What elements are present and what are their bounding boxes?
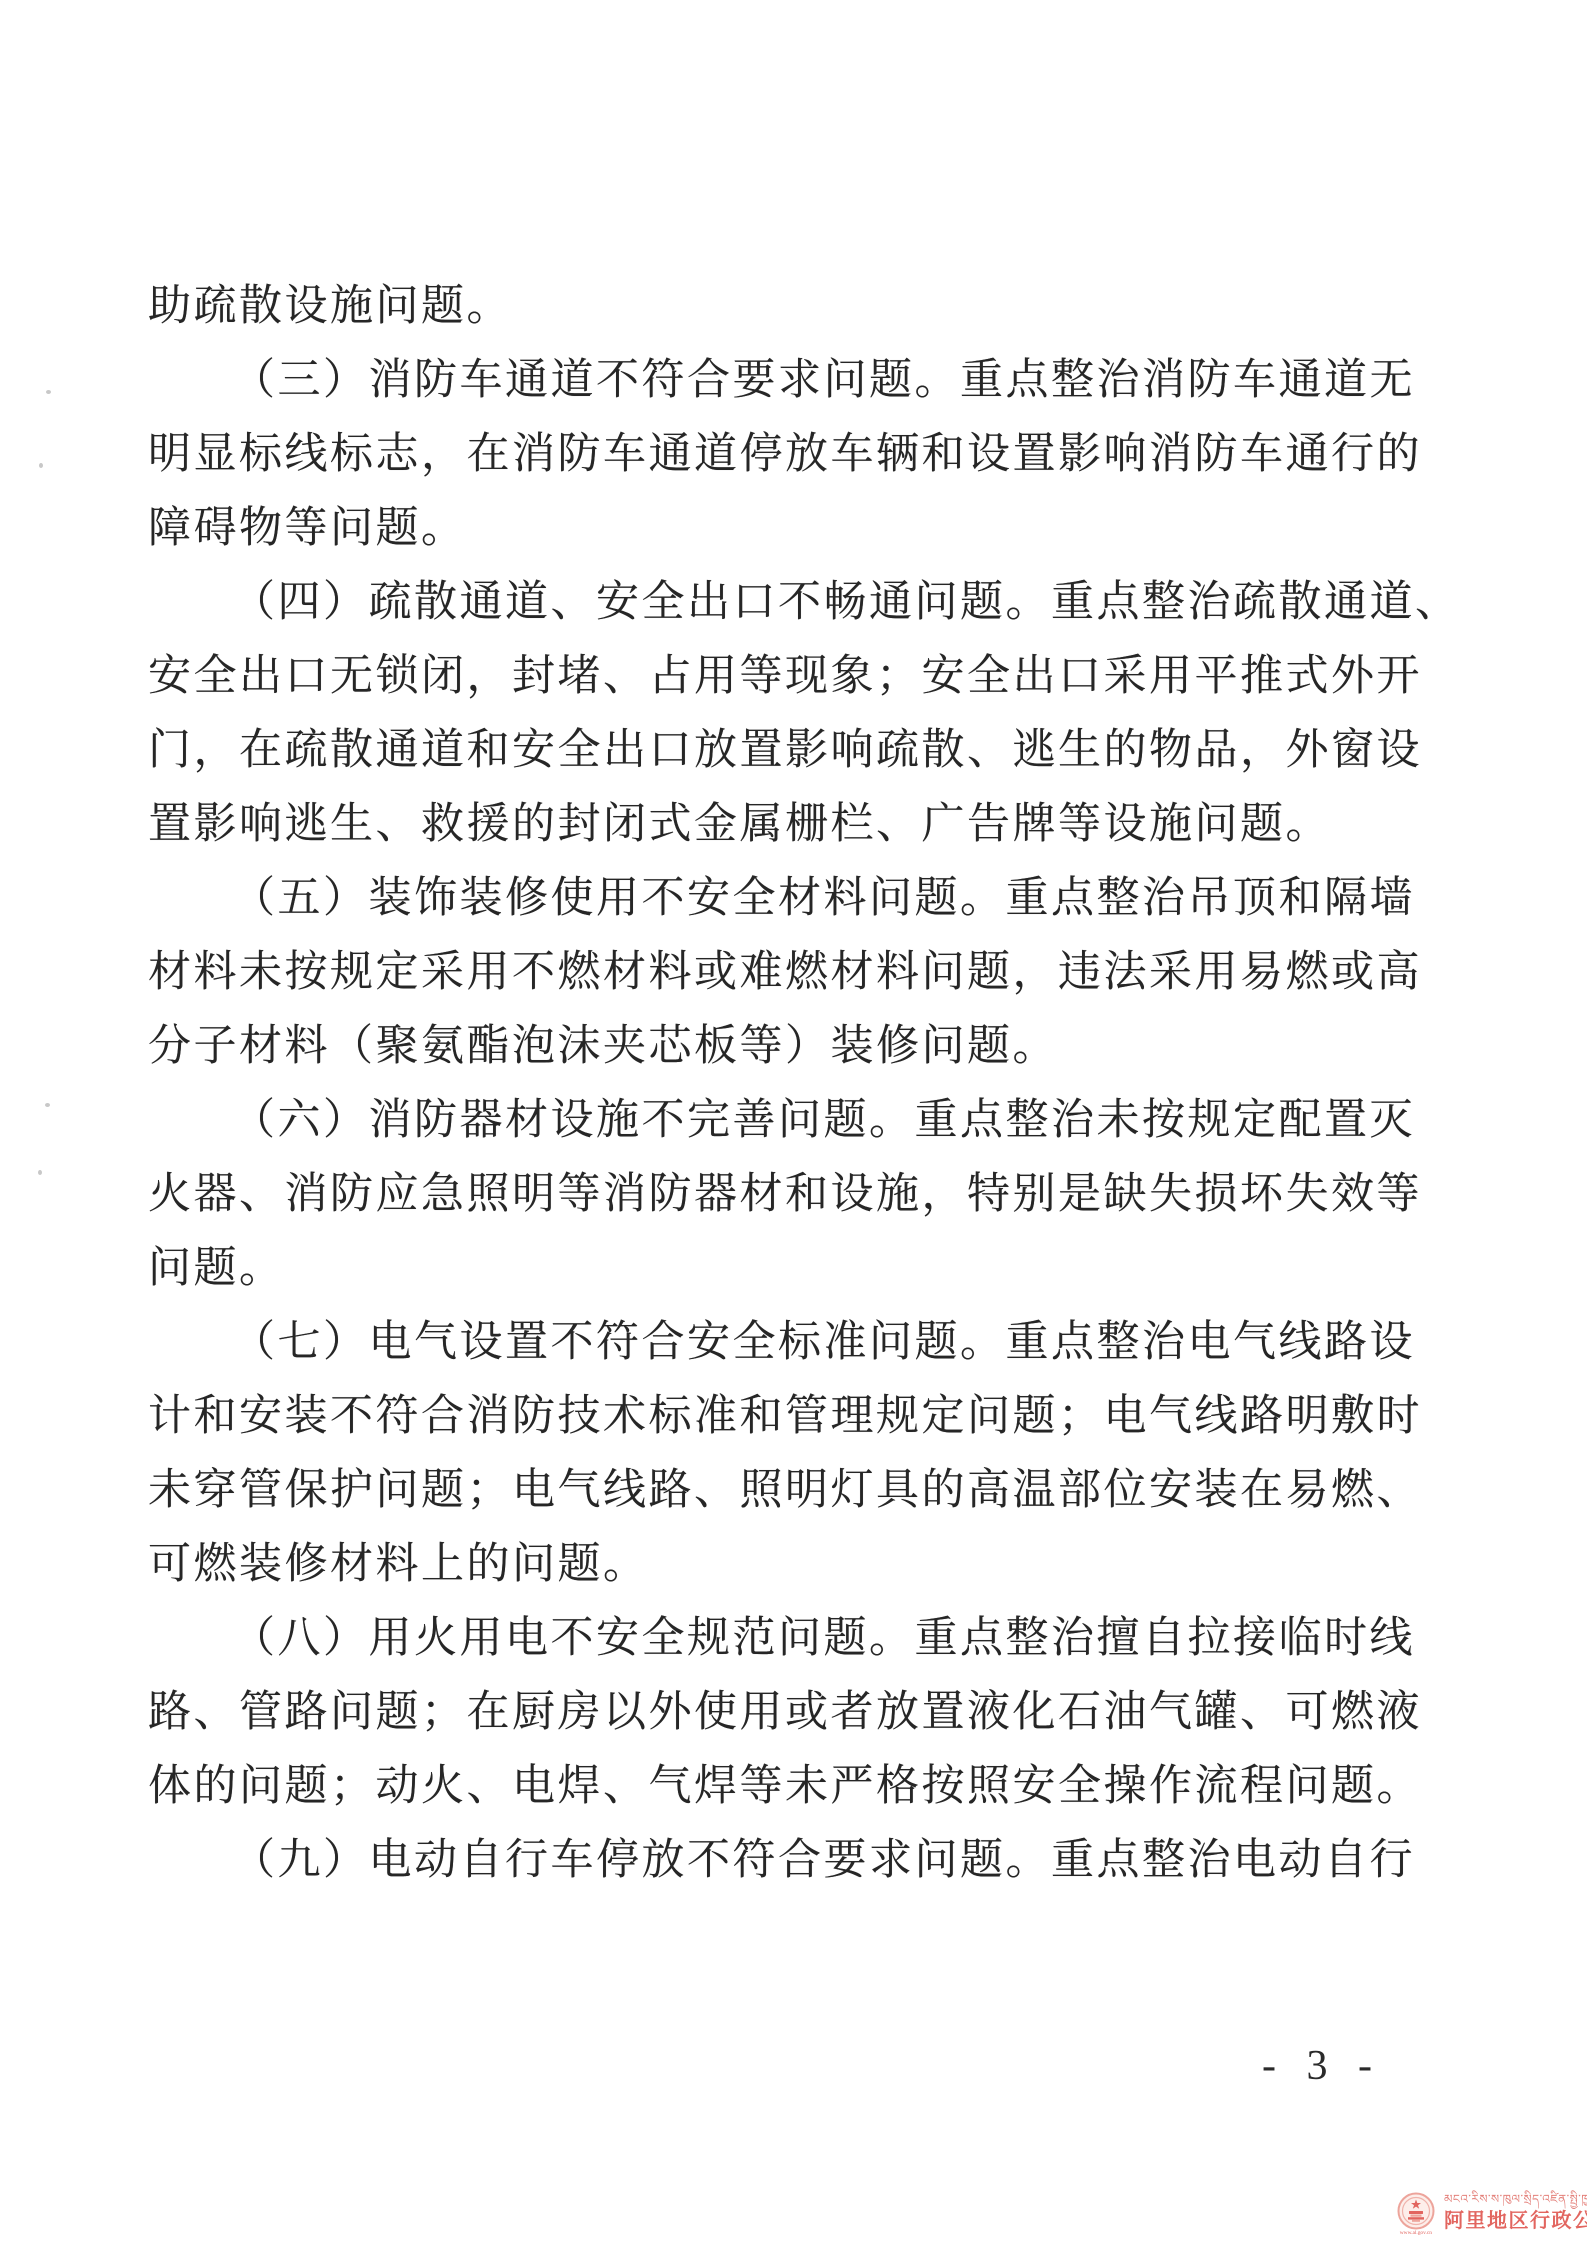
text-line: 未穿管保护问题；电气线路、照明灯具的高温部位安装在易燃、 xyxy=(148,1454,1373,1528)
text-line: 置影响逃生、救援的封闭式金属栅栏、广告牌等设施问题。 xyxy=(148,788,1373,862)
text-line: （四）疏散通道、安全出口不畅通问题。重点整治疏散通道、 xyxy=(148,566,1373,640)
text-line: 助疏散设施问题。 xyxy=(148,270,1373,344)
scan-speck xyxy=(39,463,43,468)
text-line: （八）用火用电不安全规范问题。重点整治擅自拉接临时线 xyxy=(148,1602,1373,1676)
text-line: 明显标线标志，在消防车通道停放车辆和设置影响消防车通行的 xyxy=(148,418,1373,492)
document-lines: 助疏散设施问题。（三）消防车通道不符合要求问题。重点整治消防车通道无明显标线标志… xyxy=(148,270,1373,1898)
scan-speck xyxy=(45,1103,50,1107)
text-line: （三）消防车通道不符合要求问题。重点整治消防车通道无 xyxy=(148,344,1373,418)
text-line: 问题。 xyxy=(148,1232,1373,1306)
page-number: - 3 - xyxy=(1252,2042,1392,2090)
text-line: （六）消防器材设施不完善问题。重点整治未按规定配置灭 xyxy=(148,1084,1373,1158)
watermark-agency-name: 阿里地区行政公署 xyxy=(1444,2209,1587,2233)
text-line: 门，在疏散通道和安全出口放置影响疏散、逃生的物品，外窗设 xyxy=(148,714,1373,788)
watermark-tibetan-text: མངའ་རིས་ས་ཁུལ་སྲིད་འཛིན་སྤྱི་ཁྱབ་ཁང་། xyxy=(1444,2192,1587,2207)
text-line: （五）装饰装修使用不安全材料问题。重点整治吊顶和隔墙 xyxy=(148,862,1373,936)
watermark-texts: མངའ་རིས་ས་ཁུལ་སྲིད་འཛིན་སྤྱི་ཁྱབ་ཁང་། 阿里… xyxy=(1444,2192,1587,2233)
watermark-url: www.al.gov.cn xyxy=(1400,2230,1432,2236)
agency-watermark: www.al.gov.cn མངའ་རིས་ས་ཁུལ་སྲིད་འཛིན་སྤ… xyxy=(1394,2192,1587,2244)
text-line: 安全出口无锁闭，封堵、占用等现象；安全出口采用平推式外开 xyxy=(148,640,1373,714)
text-line: （七）电气设置不符合安全标准问题。重点整治电气线路设 xyxy=(148,1306,1373,1380)
text-line: 材料未按规定采用不燃材料或难燃材料问题，违法采用易燃或高 xyxy=(148,936,1373,1010)
text-line: 障碍物等问题。 xyxy=(148,492,1373,566)
text-line: 火器、消防应急照明等消防器材和设施，特别是缺失损坏失效等 xyxy=(148,1158,1373,1232)
text-line: 分子材料（聚氨酯泡沫夹芯板等）装修问题。 xyxy=(148,1010,1373,1084)
text-line: （九）电动自行车停放不符合要求问题。重点整治电动自行 xyxy=(148,1824,1373,1898)
document-page: 助疏散设施问题。（三）消防车通道不符合要求问题。重点整治消防车通道无明显标线标志… xyxy=(0,0,1587,2244)
text-line: 体的问题；动火、电焊、气焊等未严格按照安全操作流程问题。 xyxy=(148,1750,1373,1824)
text-line: 计和安装不符合消防技术标准和管理规定问题；电气线路明敷时 xyxy=(148,1380,1373,1454)
text-line: 可燃装修材料上的问题。 xyxy=(148,1528,1373,1602)
scan-speck xyxy=(38,1170,42,1175)
national-emblem-icon: www.al.gov.cn xyxy=(1394,2192,1438,2237)
text-line: 路、管路问题；在厨房以外使用或者放置液化石油气罐、可燃液 xyxy=(148,1676,1373,1750)
scan-speck xyxy=(46,390,51,394)
